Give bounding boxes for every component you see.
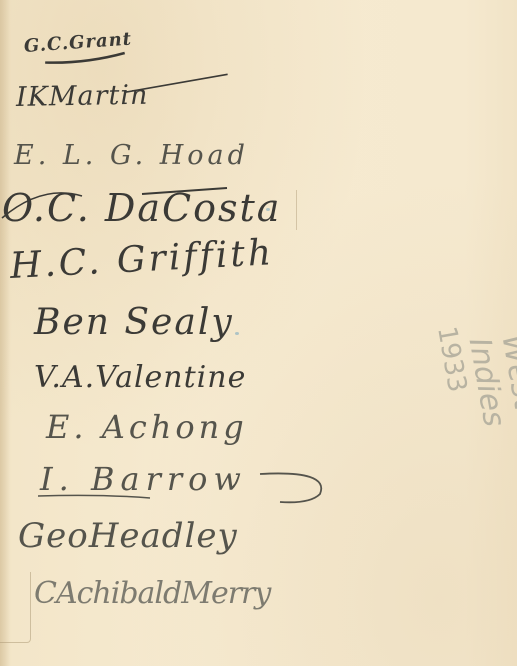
signature-grant: G.C.Grant — [23, 28, 132, 56]
signature-achong: E. Achong — [46, 408, 248, 446]
paper-edge-shadow — [0, 0, 10, 666]
pencil-annotation: West Indies 1933 — [434, 330, 517, 425]
signature-martin: IKMartin — [16, 80, 149, 113]
paper-crease — [296, 190, 297, 230]
signature-barrow: I. Barrow — [40, 460, 247, 498]
flourish-stroke — [16, 78, 257, 122]
annotation-year: 1933 — [430, 318, 472, 402]
tail-flourish — [40, 460, 340, 520]
underline-stroke — [23, 28, 145, 76]
signature-dacosta: O.C. DaCosta — [2, 186, 281, 230]
signature-valentine: V.A.Valentine — [34, 360, 246, 395]
annotation-team: West Indies — [463, 330, 517, 420]
ink-speck — [235, 332, 239, 335]
corner-fold-mark — [0, 572, 31, 643]
signature-hoad: E. L. G. Hoad — [14, 140, 249, 171]
signature-sealy: Ben Sealy — [34, 302, 234, 343]
signature-headley: GeoHeadley — [18, 516, 238, 556]
signature-merry: CAchibaldMerry — [34, 576, 270, 611]
autograph-sheet: G.C.Grant IKMartin E. L. G. Hoad O.C. Da… — [0, 0, 517, 666]
